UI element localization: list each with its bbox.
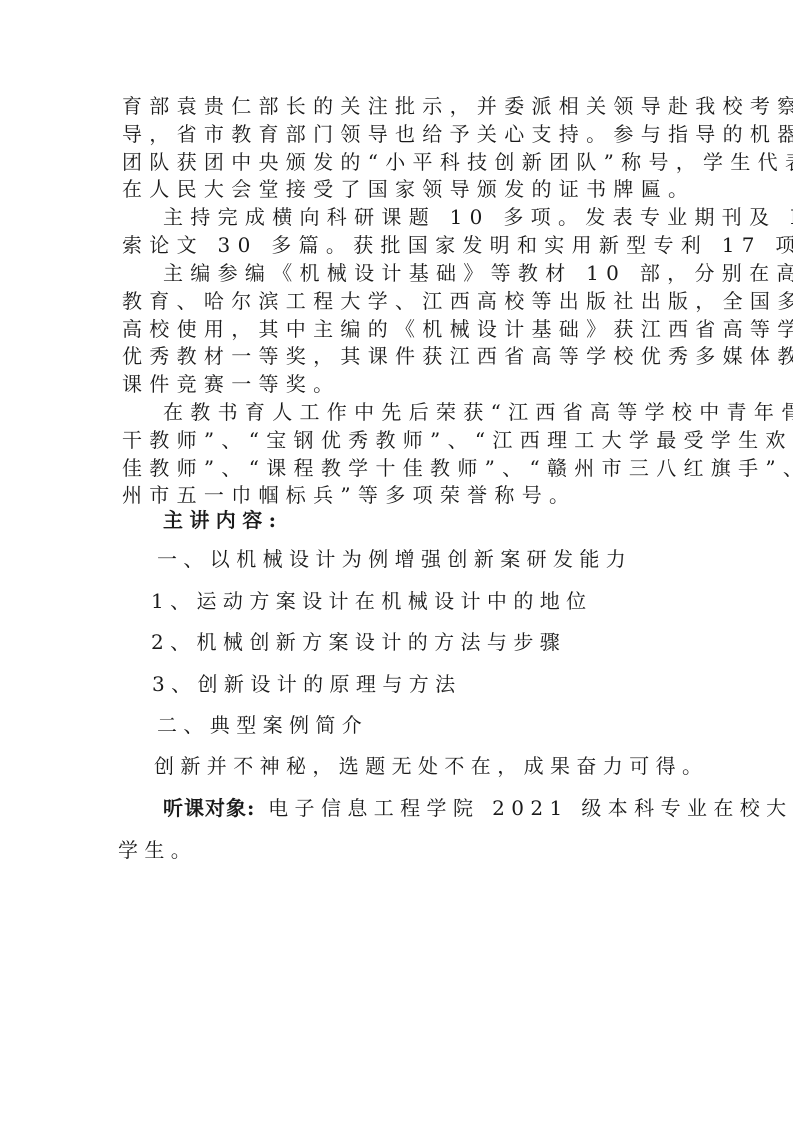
text-line: 干教师”、“宝钢优秀教师”、“江西理工大学最受学生欢迎十 xyxy=(122,427,678,455)
lecture-item: 1、运动方案设计在机械设计中的地位 xyxy=(151,587,593,615)
text-line: 育部袁贵仁部长的关注批示，并委派相关领导赴我校考察指 xyxy=(122,93,678,121)
honors-paragraph: 在教书育人工作中先后荣获“江西省高等学校中青年骨 干教师”、“宝钢优秀教师”、“… xyxy=(122,399,678,510)
audience-line-continued: 学生。 xyxy=(118,836,197,864)
text-line: 在教书育人工作中先后荣获“江西省高等学校中青年骨 xyxy=(122,399,678,427)
audience-text: 电子信息工程学院 2021 级本科专业在校大 xyxy=(268,796,792,820)
document-page: 育部袁贵仁部长的关注批示，并委派相关领导赴我校考察指 导，省市教育部门领导也给予… xyxy=(0,0,793,1122)
lecture-item: 一、以机械设计为例增强创新案研发能力 xyxy=(157,545,632,573)
text-line: 高校使用，其中主编的《机械设计基础》获江西省高等学校 xyxy=(122,316,678,344)
text-line: 教育、哈尔滨工程大学、江西高校等出版社出版，全国多所 xyxy=(122,288,678,316)
text-line: 主编参编《机械设计基础》等教材 10 部，分别在高等 xyxy=(122,260,678,288)
text-line: 在人民大会堂接受了国家领导颁发的证书牌匾。 xyxy=(122,176,678,204)
audience-label: 听课对象: xyxy=(163,796,255,820)
text-line: 课件竞赛一等奖。 xyxy=(122,371,678,399)
text-line: 导，省市教育部门领导也给予关心支持。参与指导的机器人 xyxy=(122,121,678,149)
lecture-item: 二、典型案例简介 xyxy=(157,711,368,739)
textbook-paragraph: 主编参编《机械设计基础》等教材 10 部，分别在高等 教育、哈尔滨工程大学、江西… xyxy=(122,260,678,399)
lecture-content-heading: 主讲内容: xyxy=(163,506,282,534)
lecture-item: 创新并不神秘，选题无处不在，成果奋力可得。 xyxy=(154,752,708,780)
lecture-item: 2、机械创新方案设计的方法与步骤 xyxy=(151,628,566,656)
text-line: 主持完成横向科研课题 10 多项。发表专业期刊及 EI 检 xyxy=(122,204,678,232)
lecture-item: 3、创新设计的原理与方法 xyxy=(152,670,462,698)
intro-paragraph: 育部袁贵仁部长的关注批示，并委派相关领导赴我校考察指 导，省市教育部门领导也给予… xyxy=(122,93,678,204)
text-line: 优秀教材一等奖，其课件获江西省高等学校优秀多媒体教学 xyxy=(122,343,678,371)
text-line: 索论文 30 多篇。获批国家发明和实用新型专利 17 项。 xyxy=(122,232,678,260)
research-paragraph: 主持完成横向科研课题 10 多项。发表专业期刊及 EI 检 索论文 30 多篇。… xyxy=(122,204,678,260)
text-line: 佳教师”、“课程教学十佳教师”、“赣州市三八红旗手”、“赣 xyxy=(122,455,678,483)
text-line: 团队获团中央颁发的“小平科技创新团队”称号，学生代表 xyxy=(122,149,678,177)
audience-line: 听课对象: 电子信息工程学院 2021 级本科专业在校大 xyxy=(163,794,793,822)
